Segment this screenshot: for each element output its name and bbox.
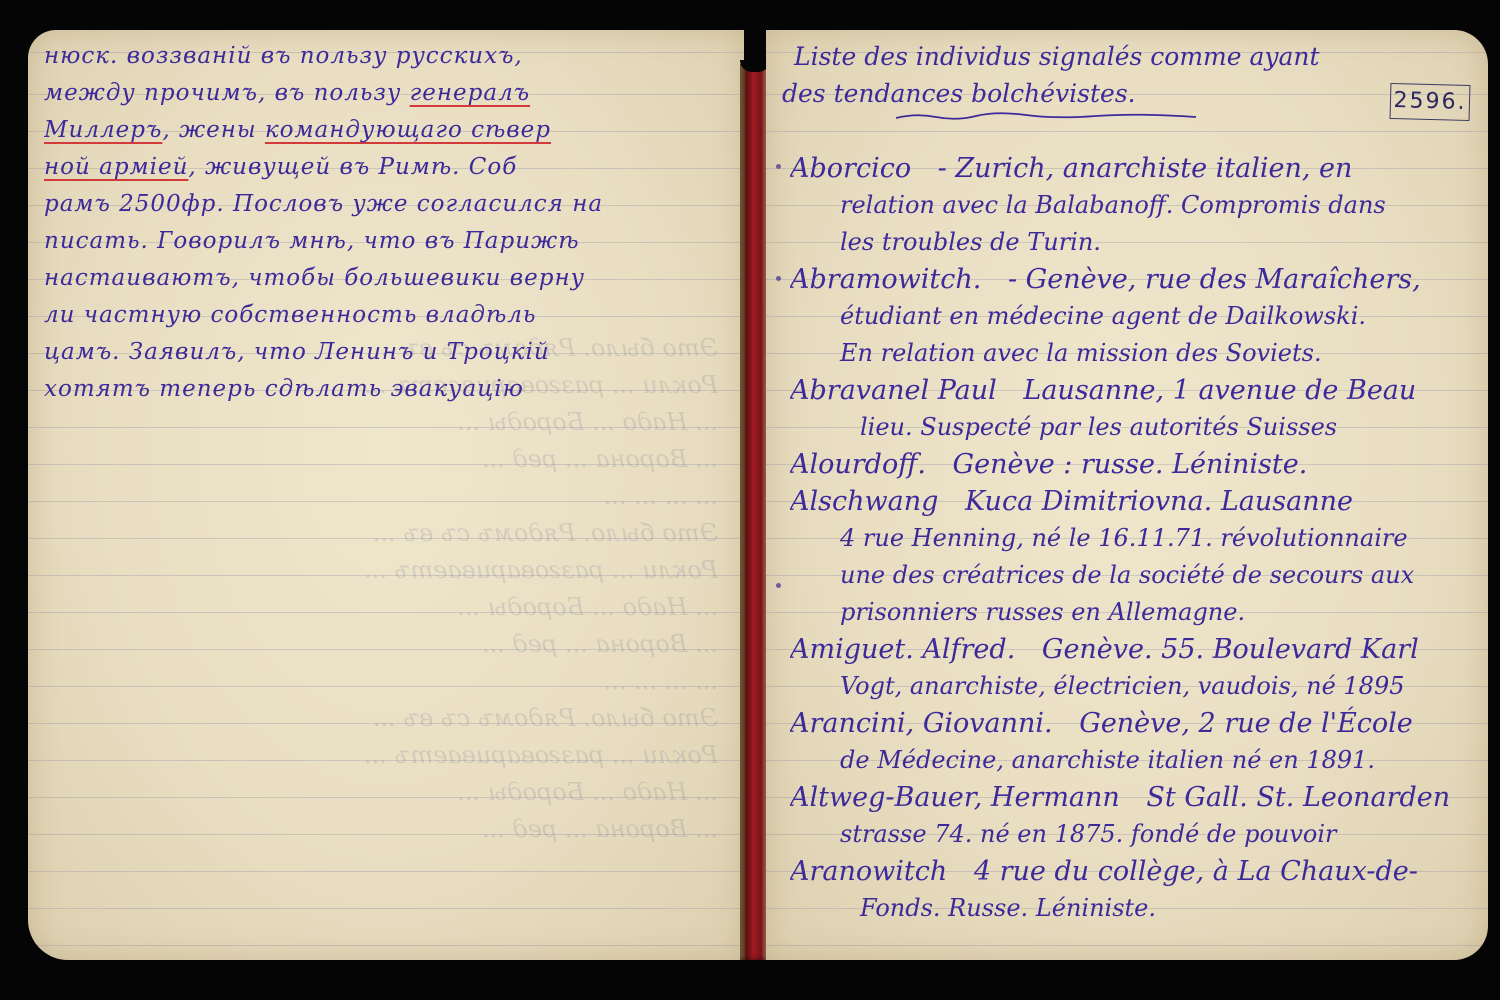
entry-detail: En relation avec la mission des Soviets. [790, 335, 1480, 372]
text-line: хотятъ теперь сдѣлать эвакуацію [44, 371, 734, 408]
title-underline-flourish [896, 112, 1196, 120]
left-page: Это было. Рядомъ съ въ ... Рокли ... раз… [28, 30, 744, 960]
red-underlined-text: командующаго сѣвер [265, 117, 551, 143]
title-line-1: Liste des individus signalés comme ayant [794, 38, 1474, 75]
list-item: Abramowitch. - Genève, rue des Maraîcher… [790, 261, 1480, 298]
red-underlined-text: ной арміей [44, 154, 188, 180]
entry-detail: Vogt, anarchiste, électricien, vaudois, … [790, 668, 1480, 705]
entry-name: Arancini, Giovanni. [790, 708, 1053, 739]
entry-detail: 4 rue Henning, né le 16.11.71. révolutio… [790, 520, 1480, 557]
entry-name: Aranowitch [790, 856, 947, 887]
text-line: рамъ 2500фр. Пословъ уже согласился на [44, 186, 734, 223]
list-item: Amiguet. Alfred. Genève. 55. Boulevard K… [790, 631, 1480, 668]
entry-detail: Fonds. Russe. Léniniste. [790, 890, 1480, 927]
entry-detail: les troubles de Turin. [790, 224, 1480, 261]
entry-name: Abravanel Paul [790, 375, 997, 406]
entry-name: Aborcico [790, 153, 911, 184]
text-line: нюск. воззваній въ пользу русскихъ, [44, 38, 734, 75]
text-line: писать. Говорилъ мнѣ, что въ Парижѣ [44, 223, 734, 260]
right-page: Liste des individus signalés comme ayant… [766, 30, 1488, 960]
list-item: Alschwang Kuca Dimitriovna. Lausanne [790, 483, 1480, 520]
reference-number-box: 2596. [1390, 83, 1471, 121]
title-line-2: des tendances bolchévistes. [782, 75, 1474, 112]
text-line: ли частную собственность владѣль [44, 297, 734, 334]
entry-name: Abramowitch. [790, 264, 981, 295]
list-title: Liste des individus signalés comme ayant… [794, 38, 1474, 112]
list-item: Alourdoff. Genève : russe. Léniniste. [790, 446, 1480, 483]
notebook-spread: Это было. Рядомъ съ въ ... Рокли ... раз… [28, 30, 1488, 962]
list-item: Altweg-Bauer, Hermann St Gall. St. Leona… [790, 779, 1480, 816]
entry-name: Alschwang [790, 486, 938, 517]
photo-scene: Это было. Рядомъ съ въ ... Рокли ... раз… [0, 0, 1500, 1000]
entry-detail: lieu. Suspecté par les autorités Suisses [790, 409, 1480, 446]
suspect-entries-list: Aborcico - Zurich, anarchiste italien, e… [790, 150, 1480, 927]
entry-detail: étudiant en médecine agent de Dailkowski… [790, 298, 1480, 335]
entry-name: Alourdoff. [790, 449, 926, 480]
text-line: ной арміей, живущей въ Римѣ. Соб [44, 149, 734, 186]
red-underlined-text: генералъ [410, 80, 530, 106]
margin-dot-mark [776, 583, 781, 588]
entry-detail: une des créatrices de la société de seco… [790, 557, 1480, 594]
entry-name: Altweg-Bauer, Hermann [790, 782, 1120, 813]
russian-handwritten-text: нюск. воззваній въ пользу русскихъ, межд… [44, 38, 734, 408]
entry-name: Amiguet. Alfred. [790, 634, 1015, 665]
entry-detail: relation avec la Balabanoff. Compromis d… [790, 187, 1480, 224]
list-item: Aborcico - Zurich, anarchiste italien, e… [790, 150, 1480, 187]
margin-dot-mark [776, 276, 781, 281]
margin-dot-mark [776, 164, 781, 169]
entry-detail: de Médecine, anarchiste italien né en 18… [790, 742, 1480, 779]
list-item: Aranowitch 4 rue du collège, à La Chaux-… [790, 853, 1480, 890]
list-item: Arancini, Giovanni. Genève, 2 rue de l'É… [790, 705, 1480, 742]
entry-detail: strasse 74. né en 1875. fondé de pouvoir [790, 816, 1480, 853]
text-line: Миллеръ, жены командующаго сѣвер [44, 112, 734, 149]
red-underlined-text: Миллеръ [44, 117, 162, 143]
list-item: Abravanel Paul Lausanne, 1 avenue de Bea… [790, 372, 1480, 409]
text-line: цамъ. Заявилъ, что Ленинъ и Троцкій [44, 334, 734, 371]
text-line: между прочимъ, въ пользу генералъ [44, 75, 734, 112]
text-line: настаиваютъ, чтобы большевики верну [44, 260, 734, 297]
entry-detail: prisonniers russes en Allemagne. [790, 594, 1480, 631]
